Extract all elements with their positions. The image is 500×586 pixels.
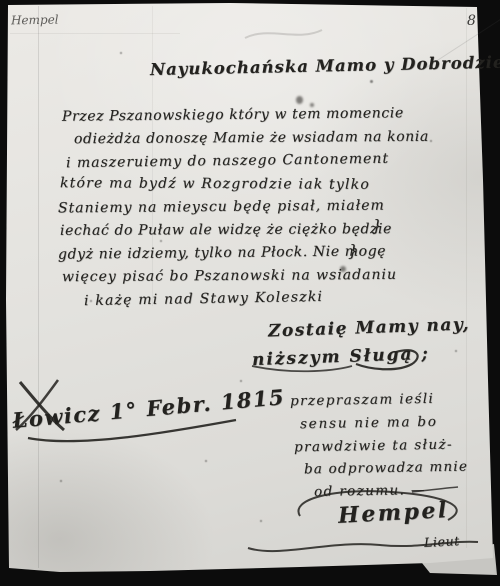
paper-speck <box>430 140 432 142</box>
paper-speck <box>120 52 122 54</box>
scanned-letter-photo: Hempel 8 Nayukochańska Mamo y Dobrodziey… <box>0 0 500 586</box>
pencil-archivist-note: Hempel <box>11 13 59 28</box>
letter-postscript-line: ba odprowadza mnie <box>304 459 468 478</box>
letter-postscript-line: od rozumu. — <box>314 482 426 500</box>
brace-mark: } <box>372 216 383 235</box>
letter-postscript-line: sensu nie ma bo <box>300 414 438 432</box>
letter-body-line: iechać do Puław ale widzę że ciężko będz… <box>60 221 392 239</box>
fold-crease-vertical-left <box>38 6 39 568</box>
paper-speck <box>260 520 262 522</box>
paper-speck <box>455 350 457 352</box>
paper-speck <box>60 480 62 482</box>
page-number: 8 <box>467 13 476 29</box>
letter-body-line: odieżdża donoszę Mamie że wsiadam na kon… <box>74 129 429 147</box>
ink-blot <box>296 96 303 104</box>
signature-rank: Lieut <box>424 533 461 550</box>
letter-postscript-line: prawdziwie ta służ- <box>294 437 453 456</box>
brace-mark: } <box>348 241 359 260</box>
paper-speck <box>240 380 242 382</box>
paper-speck <box>160 240 162 242</box>
letter-body-line: które ma bydź w Rozgrodzie iak tylko <box>60 175 370 193</box>
letter-body-line: Staniemy na mieyscu będę pisał, miałem <box>58 198 385 217</box>
letter-postscript-line: przepraszam ieśli <box>290 391 434 410</box>
paper-speck <box>205 460 207 462</box>
letter-body-line: gdyż nie idziemy, tylko na Płock. Nie mo… <box>58 243 386 262</box>
paper-speck <box>370 80 373 83</box>
letter-body-line: więcey pisać bo Pszanowski na wsiadaniu <box>62 267 397 285</box>
crease-horizontal-top-left <box>10 33 180 34</box>
